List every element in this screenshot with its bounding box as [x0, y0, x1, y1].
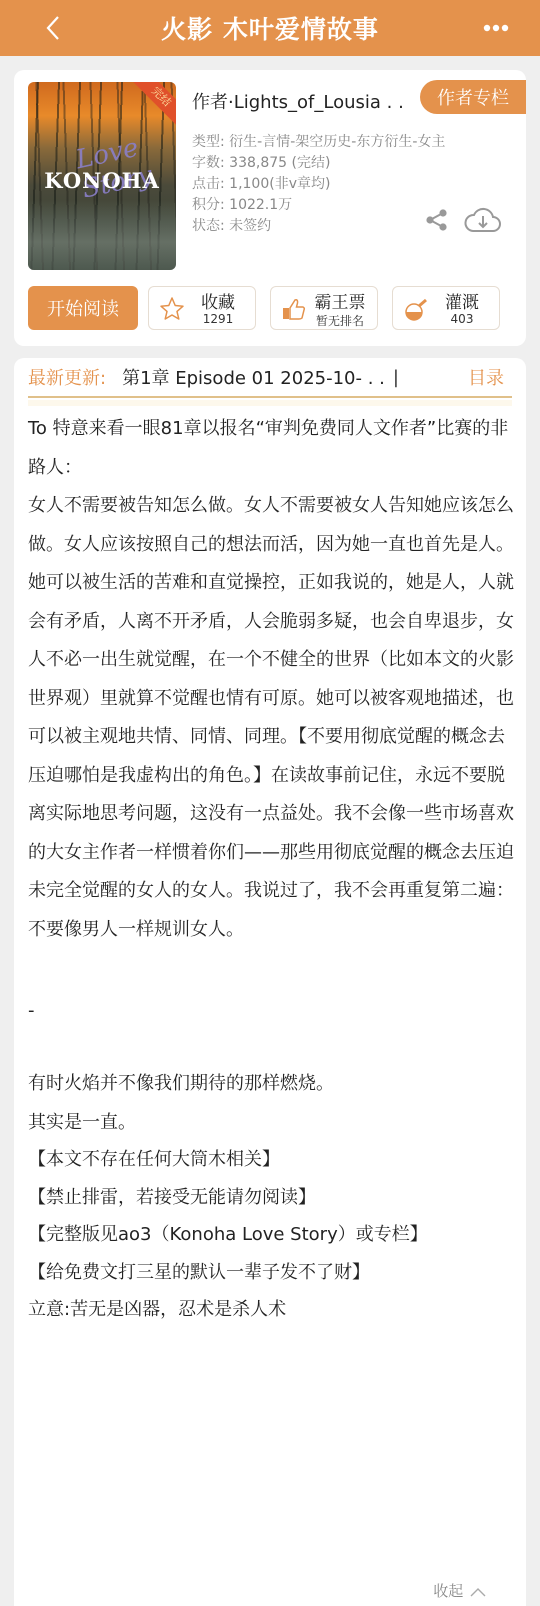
back-button[interactable]	[38, 8, 68, 48]
vote-rank: 暂无排名	[307, 312, 373, 329]
author-column-button[interactable]: 作者专栏	[420, 80, 526, 114]
top-bar: 火影 木叶爱情故事	[0, 0, 540, 56]
irrigate-count: 403	[429, 312, 495, 326]
favorite-count: 1291	[185, 312, 251, 326]
share-icon[interactable]	[424, 207, 450, 233]
book-cover[interactable]: Love Story KONOHA 完结	[28, 82, 176, 270]
meta-score: 积分: 1022.1万	[192, 195, 445, 216]
summary-paragraph: 其实是一直。	[28, 1104, 516, 1142]
meta-clicks: 点击: 1,100(非v章均)	[192, 174, 445, 195]
latest-update-bar: 最新更新: 第1章 Episode 01 2025-10- . . | 目录	[28, 358, 512, 398]
start-reading-button[interactable]: 开始阅读	[28, 286, 138, 330]
summary-card: 最新更新: 第1章 Episode 01 2025-10- . . | 目录 T…	[14, 358, 526, 1606]
summary-paragraph: 【禁止排雷，若接受无能请勿阅读】	[28, 1179, 516, 1217]
summary-paragraph: 【本文不存在任何大筒木相关】	[28, 1141, 516, 1179]
table-of-contents-link[interactable]: 目录	[468, 364, 504, 390]
thumbs-up-icon	[281, 296, 307, 322]
divider-band	[28, 400, 512, 406]
book-meta: 类型: 衍生-言情-架空历史-东方衍生-女主 字数: 338,875 (完结) …	[192, 132, 445, 237]
meta-word-count: 字数: 338,875 (完结)	[192, 153, 445, 174]
summary-paragraph: 【给免费文打三星的默认一辈子发不了财】	[28, 1254, 516, 1292]
favorite-button[interactable]: 收藏 1291	[148, 286, 256, 330]
vote-button[interactable]: 霸王票 暂无排名	[270, 286, 378, 330]
collapse-label: 收起	[433, 1582, 463, 1600]
star-icon	[159, 296, 185, 322]
cover-logo: KONOHA	[28, 168, 176, 193]
latest-chapter-link[interactable]: 第1章 Episode 01 2025-10- . .	[122, 364, 385, 390]
meta-status: 状态: 未签约	[192, 216, 445, 237]
book-info-card: Love Story KONOHA 完结 作者·Lights_of_Lousia…	[14, 70, 526, 346]
separator: |	[393, 367, 399, 388]
chevron-up-icon	[470, 1587, 486, 1597]
collapse-button[interactable]: 收起	[433, 1580, 486, 1601]
page-title: 火影 木叶爱情故事	[161, 10, 379, 46]
more-button[interactable]	[476, 14, 516, 42]
author-name[interactable]: 作者·Lights_of_Lousia . .	[192, 88, 404, 114]
irrigate-label: 灌溉	[429, 288, 495, 313]
vote-label: 霸王票	[307, 288, 373, 313]
favorite-label: 收藏	[185, 288, 251, 313]
chevron-left-icon	[45, 15, 61, 41]
summary-paragraph: 立意:苦无是凶器，忍术是杀人术	[28, 1291, 516, 1329]
summary-paragraph: 【完整版见ao3（Konoha Love Story）或专栏】	[28, 1216, 516, 1254]
summary-separator: -	[28, 949, 516, 1065]
summary-paragraph: 有时火焰并不像我们期待的那样燃烧。	[28, 1065, 516, 1104]
summary-text: To 特意来看一眼81章以报名“审判免费同人文作者”比赛的非路人： 女人不需要被…	[28, 410, 516, 1329]
more-dots-icon	[483, 24, 509, 32]
flask-icon	[403, 296, 429, 322]
summary-paragraph: To 特意来看一眼81章以报名“审判免费同人文作者”比赛的非路人：	[28, 410, 516, 487]
irrigate-button[interactable]: 灌溉 403	[392, 286, 500, 330]
cloud-download-icon[interactable]	[464, 204, 502, 236]
latest-update-label: 最新更新:	[28, 364, 106, 390]
summary-paragraph: 女人不需要被告知怎么做。女人不需要被女人告知她应该怎么做。女人应该按照自己的想法…	[28, 487, 516, 949]
meta-type: 类型: 衍生-言情-架空历史-东方衍生-女主	[192, 132, 445, 153]
